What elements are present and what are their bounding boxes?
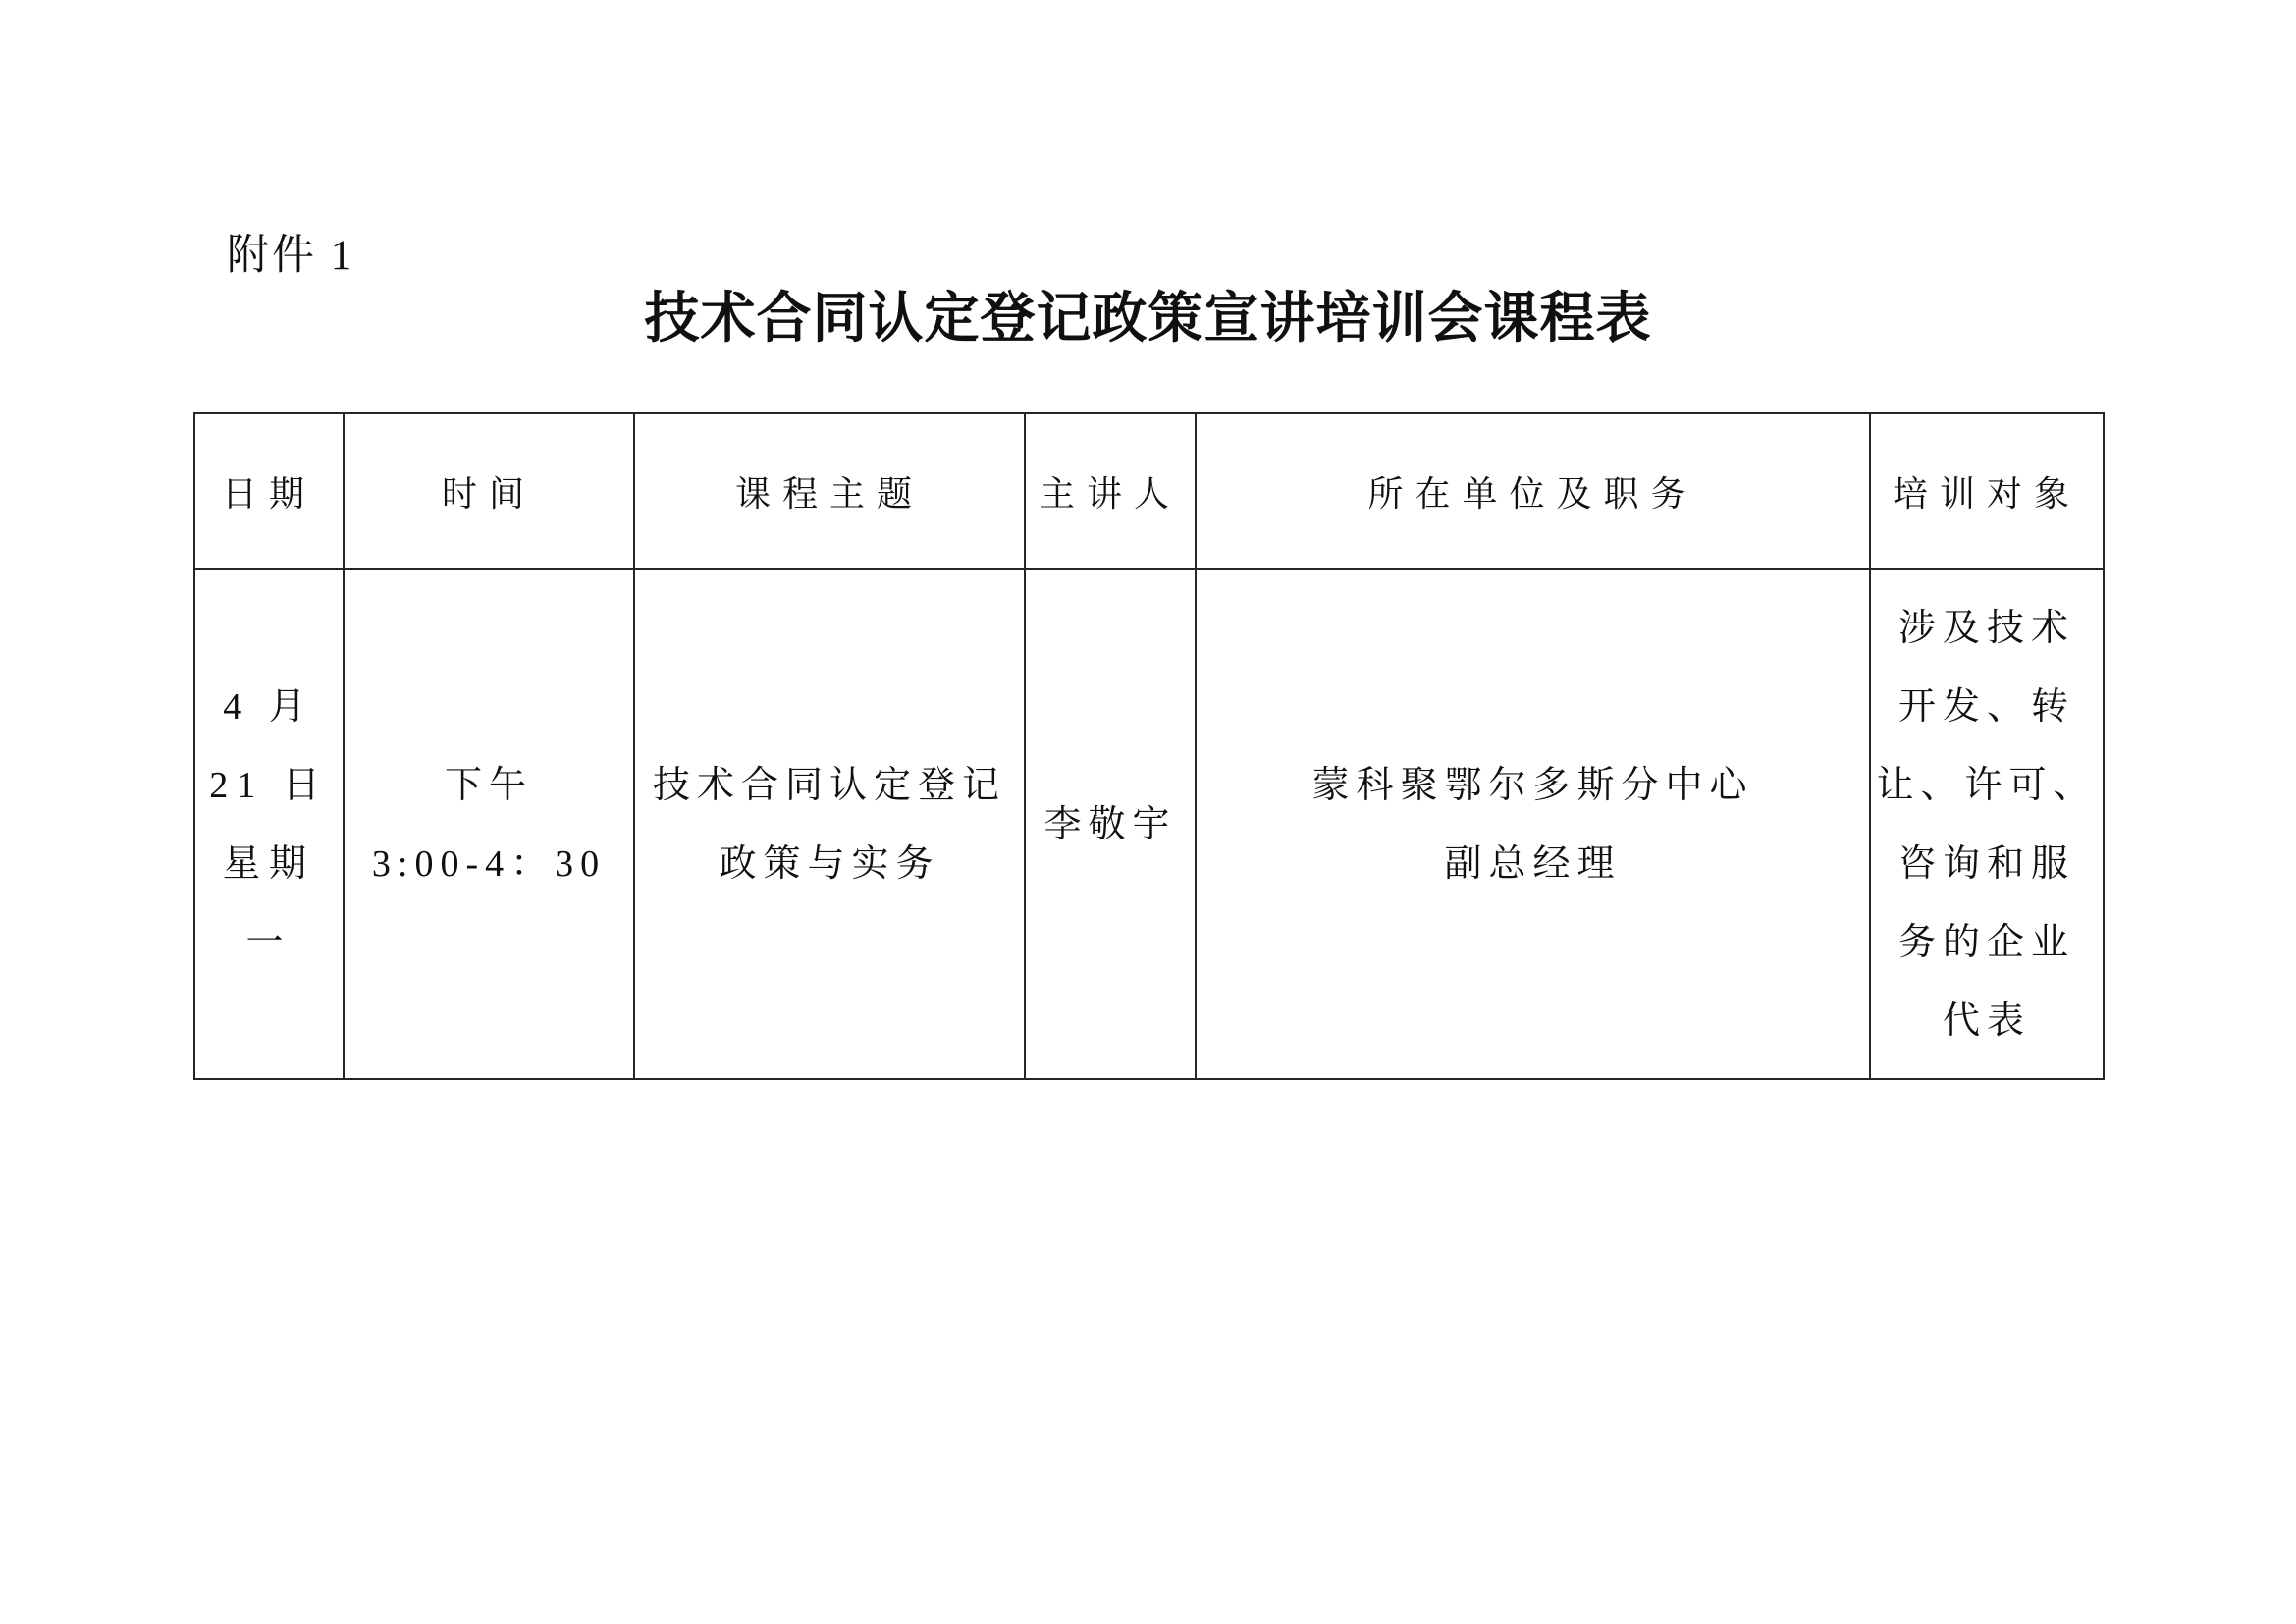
date-line: 21 日 bbox=[195, 746, 343, 825]
date-line: 一 bbox=[195, 903, 343, 982]
time-line: 下午 bbox=[345, 746, 633, 825]
course-schedule-table: 日期 时间 课程主题 主讲人 所在单位及职务 培训对象 4 月 21 日 星期 … bbox=[193, 412, 2105, 1080]
table-header-row: 日期 时间 课程主题 主讲人 所在单位及职务 培训对象 bbox=[194, 413, 2104, 569]
column-header-unit: 所在单位及职务 bbox=[1196, 413, 1870, 569]
column-header-audience: 培训对象 bbox=[1870, 413, 2104, 569]
attachment-label: 附件 1 bbox=[227, 222, 354, 282]
date-line: 星期 bbox=[195, 825, 343, 903]
audience-line: 代表 bbox=[1871, 982, 2103, 1060]
column-header-date: 日期 bbox=[194, 413, 344, 569]
column-header-topic: 课程主题 bbox=[634, 413, 1025, 569]
page-title: 技术合同认定登记政策宣讲培训会课程表 bbox=[0, 275, 2296, 353]
unit-line: 副总经理 bbox=[1197, 825, 1869, 903]
column-header-time: 时间 bbox=[344, 413, 634, 569]
audience-line: 务的企业 bbox=[1871, 903, 2103, 982]
cell-unit: 蒙科聚鄂尔多斯分中心 副总经理 bbox=[1196, 569, 1870, 1079]
cell-audience: 涉及技术 开发、转 让、许可、 咨询和服 务的企业 代表 bbox=[1870, 569, 2104, 1079]
cell-topic: 技术合同认定登记 政策与实务 bbox=[634, 569, 1025, 1079]
topic-line: 技术合同认定登记 bbox=[635, 746, 1024, 825]
audience-line: 咨询和服 bbox=[1871, 825, 2103, 903]
cell-date: 4 月 21 日 星期 一 bbox=[194, 569, 344, 1079]
table-row: 4 月 21 日 星期 一 下午 3:00-4：30 技术合同认定登记 政策与实… bbox=[194, 569, 2104, 1079]
cell-speaker: 李敬宇 bbox=[1025, 569, 1196, 1079]
audience-line: 涉及技术 bbox=[1871, 589, 2103, 668]
cell-time: 下午 3:00-4：30 bbox=[344, 569, 634, 1079]
speaker-name: 李敬宇 bbox=[1026, 785, 1195, 864]
time-line: 3:00-4：30 bbox=[345, 825, 633, 903]
topic-line: 政策与实务 bbox=[635, 825, 1024, 903]
document-page: 附件 1 技术合同认定登记政策宣讲培训会课程表 日期 时间 课程主题 主讲人 所… bbox=[0, 0, 2296, 1624]
date-line: 4 月 bbox=[195, 668, 343, 746]
audience-line: 让、许可、 bbox=[1871, 746, 2103, 825]
audience-line: 开发、转 bbox=[1871, 668, 2103, 746]
unit-line: 蒙科聚鄂尔多斯分中心 bbox=[1197, 746, 1869, 825]
column-header-speaker: 主讲人 bbox=[1025, 413, 1196, 569]
